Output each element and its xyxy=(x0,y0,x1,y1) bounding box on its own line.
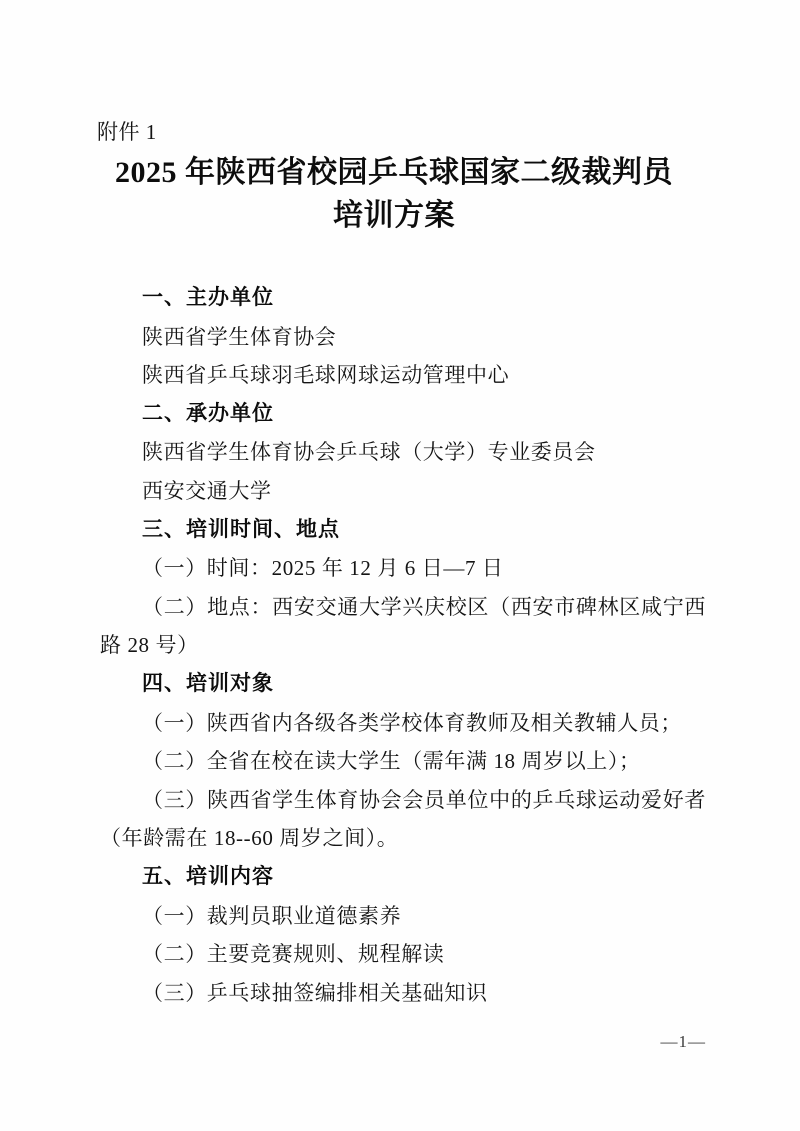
paragraph: 陕西省乒乓球羽毛球网球运动管理中心 xyxy=(100,356,706,395)
document-title-line-1: 2025 年陕西省校园乒乓球国家二级裁判员 xyxy=(100,151,688,194)
section-heading: 四、培训对象 xyxy=(100,665,706,704)
paragraph: （二）全省在校在读大学生（需年满 18 周岁以上）； xyxy=(100,742,706,781)
paragraph: 陕西省学生体育协会 xyxy=(100,318,706,357)
paragraph: 西安交通大学 xyxy=(100,472,706,511)
page-number: —1— xyxy=(661,1032,707,1052)
attachment-label: 附件 1 xyxy=(97,117,157,147)
paragraph: （三）乒乓球抽签编排相关基础知识 xyxy=(100,974,706,1013)
paragraph: （一）陕西省内各级各类学校体育教师及相关教辅人员； xyxy=(100,704,706,743)
paragraph: （一）裁判员职业道德素养 xyxy=(100,897,706,936)
document-page: 附件 1 2025 年陕西省校园乒乓球国家二级裁判员 培训方案 一、主办单位 陕… xyxy=(0,0,800,1131)
paragraph: （二）地点：西安交通大学兴庆校区（西安市碑林区咸宁西路 28 号） xyxy=(100,588,706,665)
paragraph: （二）主要竞赛规则、规程解读 xyxy=(100,935,706,974)
section-heading: 二、承办单位 xyxy=(100,395,706,434)
section-heading: 三、培训时间、地点 xyxy=(100,511,706,550)
paragraph: （三）陕西省学生体育协会会员单位中的乒乓球运动爱好者（年龄需在 18--60 周… xyxy=(100,781,706,858)
document-title: 2025 年陕西省校园乒乓球国家二级裁判员 培训方案 xyxy=(100,151,688,237)
document-title-line-2: 培训方案 xyxy=(100,194,688,237)
paragraph: 陕西省学生体育协会乒乓球（大学）专业委员会 xyxy=(100,433,706,472)
section-heading: 五、培训内容 xyxy=(100,858,706,897)
section-heading: 一、主办单位 xyxy=(100,279,706,318)
paragraph: （一）时间：2025 年 12 月 6 日—7 日 xyxy=(100,549,706,588)
document-body: 一、主办单位 陕西省学生体育协会 陕西省乒乓球羽毛球网球运动管理中心 二、承办单… xyxy=(100,279,706,1012)
